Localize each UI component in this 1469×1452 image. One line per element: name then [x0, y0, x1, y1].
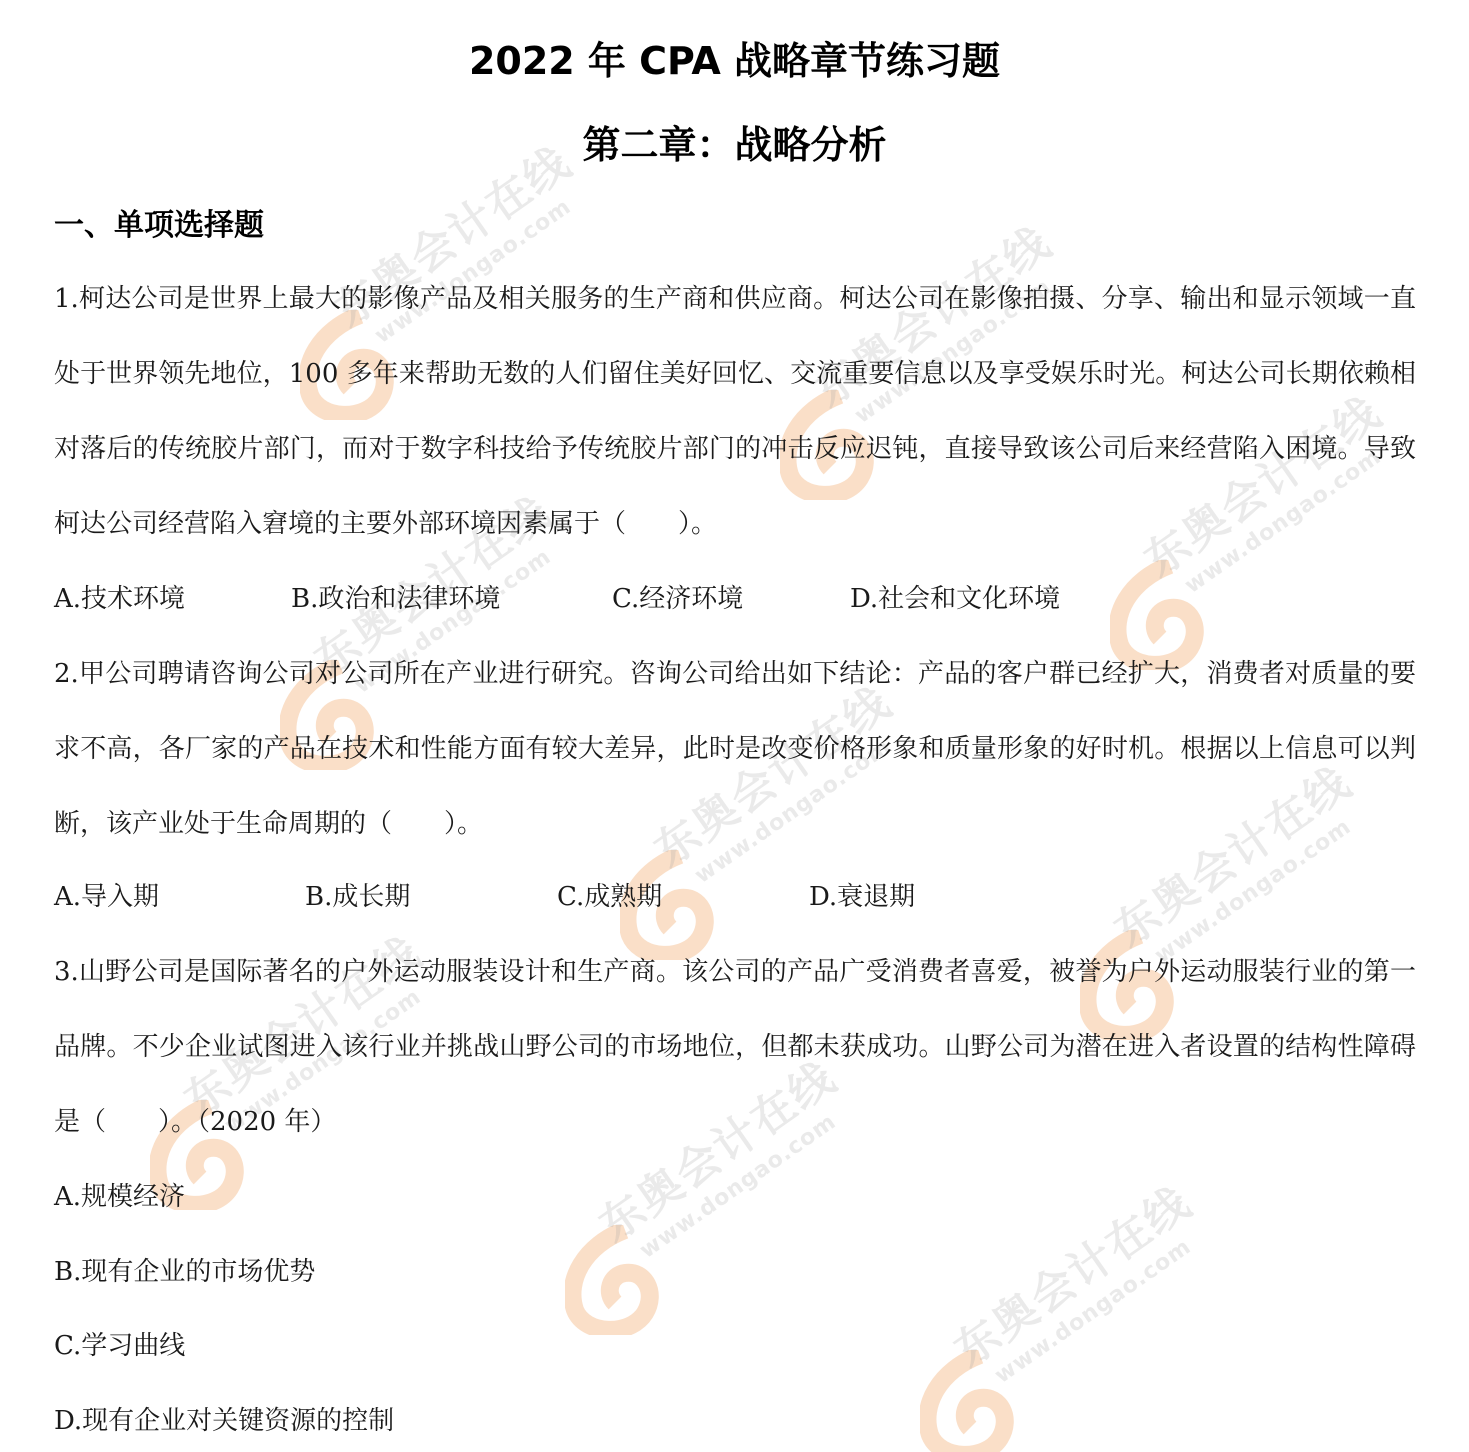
document-title: 2022 年 CPA 战略章节练习题 — [0, 30, 1469, 85]
question-2-option-a: A.导入期 — [54, 860, 159, 935]
question-1-options: A.技术环境 B.政治和法律环境 C.经济环境 D.社会和文化环境 — [54, 562, 1416, 637]
question-1-option-a: A.技术环境 — [54, 562, 185, 637]
question-1-option-c: C.经济环境 — [612, 562, 743, 637]
question-2-option-b: B.成长期 — [305, 860, 410, 935]
question-3-text: 3.山野公司是国际著名的户外运动服装设计和生产商。该公司的产品广受消费者喜爱，被… — [54, 935, 1416, 1160]
question-2-option-d: D.衰退期 — [809, 860, 915, 935]
question-2-option-c: C.成熟期 — [557, 860, 662, 935]
question-3-option-b: B.现有企业的市场优势 — [54, 1235, 315, 1310]
section-heading: 一、单项选择题 — [54, 200, 264, 244]
question-1-option-d: D.社会和文化环境 — [850, 562, 1060, 637]
question-1-text: 1.柯达公司是世界上最大的影像产品及相关服务的生产商和供应商。柯达公司在影像拍摄… — [54, 262, 1416, 562]
document-page: 2022 年 CPA 战略章节练习题 第二章：战略分析 一、单项选择题 1.柯达… — [0, 0, 1469, 1452]
question-3-option-c: C.学习曲线 — [54, 1309, 185, 1384]
question-3-option-a: A.规模经济 — [54, 1160, 185, 1235]
chapter-title: 第二章：战略分析 — [0, 114, 1469, 169]
question-1-option-b: B.政治和法律环境 — [291, 562, 500, 637]
question-3-option-d: D.现有企业对关键资源的控制 — [54, 1384, 394, 1452]
question-2-options: A.导入期 B.成长期 C.成熟期 D.衰退期 — [54, 860, 1416, 935]
question-2-text: 2.甲公司聘请咨询公司对公司所在产业进行研究。咨询公司给出如下结论：产品的客户群… — [54, 637, 1416, 862]
